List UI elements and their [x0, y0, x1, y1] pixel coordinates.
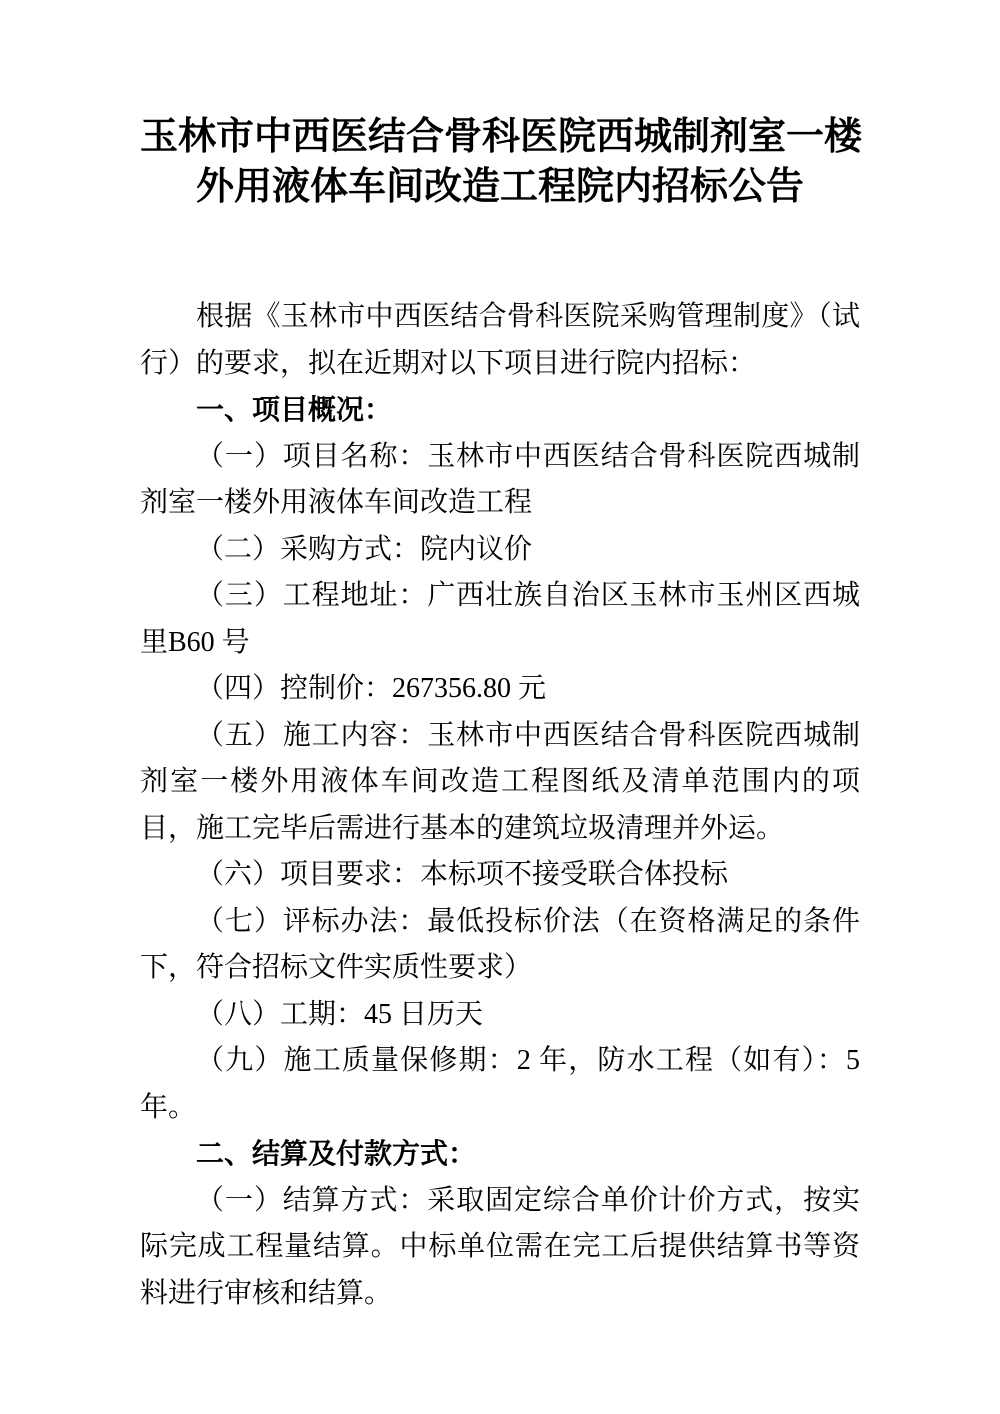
- section-1-item-7: （七）评标办法：最低投标价法（在资格满足的条件下，符合招标文件实质性要求）: [140, 899, 860, 992]
- document-title-line-2: 外用液体车间改造工程院内招标公告: [140, 162, 860, 212]
- section-1-item-1: （一）项目名称：玉林市中西医结合骨科医院西城制剂室一楼外用液体车间改造工程: [140, 434, 860, 527]
- section-1-item-3: （三）工程地址：广西壮族自治区玉林市玉州区西城里B60 号: [140, 573, 860, 666]
- document-body: 根据《玉林市中西医结合骨科医院采购管理制度》（试行）的要求，拟在近期对以下项目进…: [140, 294, 860, 1317]
- section-1-heading: 一、项目概况：: [140, 387, 860, 434]
- section-2-item-1: （一）结算方式：采取固定综合单价计价方式，按实际完成工程量结算。中标单位需在完工…: [140, 1178, 860, 1318]
- document-title-line-1: 玉林市中西医结合骨科医院西城制剂室一楼: [140, 112, 860, 162]
- document-page: 玉林市中西医结合骨科医院西城制剂室一楼 外用液体车间改造工程院内招标公告 根据《…: [0, 0, 1000, 1414]
- section-1-item-4: （四）控制价：267356.80 元: [140, 666, 860, 713]
- section-1-item-9: （九）施工质量保修期：2 年，防水工程（如有）：5 年。: [140, 1038, 860, 1131]
- section-1-item-2: （二）采购方式：院内议价: [140, 527, 860, 574]
- section-2-heading: 二、结算及付款方式：: [140, 1131, 860, 1178]
- section-1-item-6: （六）项目要求：本标项不接受联合体投标: [140, 852, 860, 899]
- document-title: 玉林市中西医结合骨科医院西城制剂室一楼 外用液体车间改造工程院内招标公告: [140, 112, 860, 212]
- section-1-item-8: （八）工期：45 日历天: [140, 992, 860, 1039]
- section-1-item-5: （五）施工内容：玉林市中西医结合骨科医院西城制剂室一楼外用液体车间改造工程图纸及…: [140, 713, 860, 853]
- intro-paragraph: 根据《玉林市中西医结合骨科医院采购管理制度》（试行）的要求，拟在近期对以下项目进…: [140, 294, 860, 387]
